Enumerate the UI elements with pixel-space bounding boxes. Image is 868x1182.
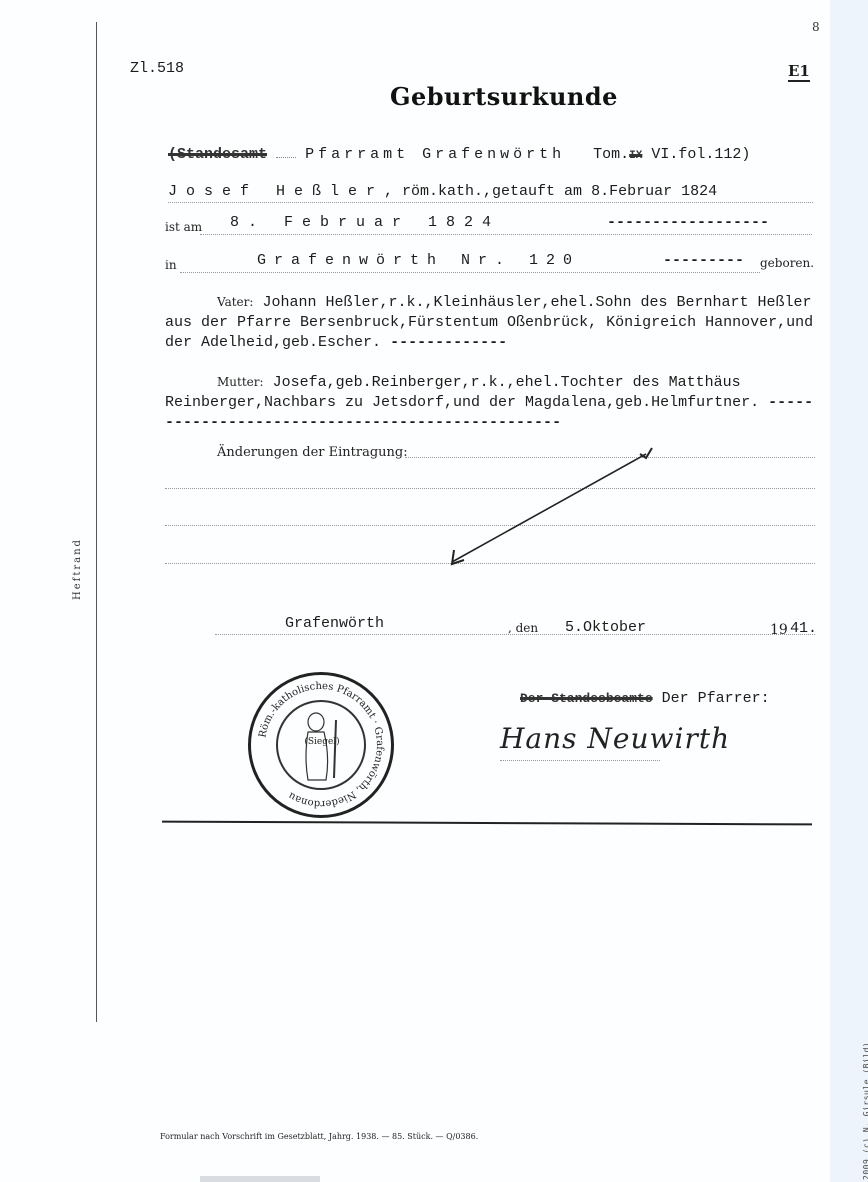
father-paragraph: Vater: Johann Heßler,r.k.,Kleinhäusler,e… — [165, 292, 815, 353]
issue-place: Grafenwörth — [285, 615, 384, 632]
margin-label: Heftrand — [72, 538, 83, 600]
year-suffix: 41. — [790, 620, 817, 637]
birth-date-value: 8. Februar 1824 — [230, 214, 500, 231]
father-filler: ------------- — [390, 334, 507, 351]
binding-margin-line — [96, 22, 97, 1022]
document-page: Heftrand 8 Zl.518 E1 Geburtsurkunde (Sta… — [0, 0, 830, 1182]
copyright-note: 2009 (c) N. Girsule (Bild) — [862, 1042, 868, 1180]
birth-date-line: ist am 8. Februar 1824 -----------------… — [165, 216, 202, 235]
scan-edge-strip — [830, 0, 868, 1182]
birth-date-label: ist am — [165, 220, 202, 234]
birth-place-line: in Grafenwörth Nr. 120 --------- geboren… — [165, 254, 815, 273]
document-title: Geburtsurkunde — [390, 82, 618, 111]
issue-date: 5.Oktober — [565, 619, 646, 636]
registry-office: Pfarramt Grafenwörth — [305, 146, 565, 163]
seal-center-label: (Siegel) — [300, 737, 344, 747]
volume-label: Tom. — [593, 146, 629, 163]
registry-line: (Standesamt Pfarramt Grafenwörth Tom.IX … — [168, 146, 750, 163]
mother-paragraph: Mutter: Josefa,geb.Reinberger,r.k.,ehel.… — [165, 372, 815, 433]
changes-label: Änderungen der Eintragung: — [217, 445, 408, 460]
corner-mark: 8 — [812, 20, 820, 34]
reference-number: Zl.518 — [130, 60, 184, 77]
folio: VI.fol.112) — [651, 146, 750, 163]
father-label: Vater: — [217, 295, 253, 309]
parish-seal: Röm.-katholisches Pfarramt · Grafenwörth… — [248, 672, 394, 818]
den-label: , den — [508, 621, 538, 635]
signature: Hans Neuwirth — [500, 722, 730, 755]
void-stroke-arrow — [440, 440, 660, 570]
form-code: E1 — [788, 62, 810, 82]
struck-signatory-label: Der Standesbeamte — [520, 691, 653, 706]
birth-place-label: in — [165, 258, 177, 272]
year-prefix: 19 — [770, 622, 788, 638]
struck-volume: IX — [629, 150, 642, 162]
signatory-label: Der Pfarrer: — [662, 690, 770, 707]
child-details: , röm.kath.,getauft am 8.Februar 1824 — [384, 183, 717, 200]
mother-label: Mutter: — [217, 375, 264, 389]
seal-inner-circle: (Siegel) — [276, 700, 366, 790]
signatory-line: Der Standesbeamte Der Pfarrer: — [520, 690, 770, 707]
birth-date-filler: ------------------ — [607, 214, 769, 231]
birth-place-filler: --------- — [663, 252, 744, 269]
child-name: Josef Heßler — [168, 183, 384, 200]
struck-registry-prefix: (Standesamt — [168, 146, 267, 163]
birth-place-suffix: geboren. — [760, 256, 814, 270]
scan-artifact — [200, 1176, 320, 1182]
bottom-rule — [162, 821, 812, 826]
form-footer: Formular nach Vorschrift im Gesetzblatt,… — [160, 1132, 478, 1141]
birth-place-value: Grafenwörth Nr. 120 — [257, 252, 580, 269]
child-line: Josef Heßler, röm.kath.,getauft am 8.Feb… — [168, 183, 717, 200]
